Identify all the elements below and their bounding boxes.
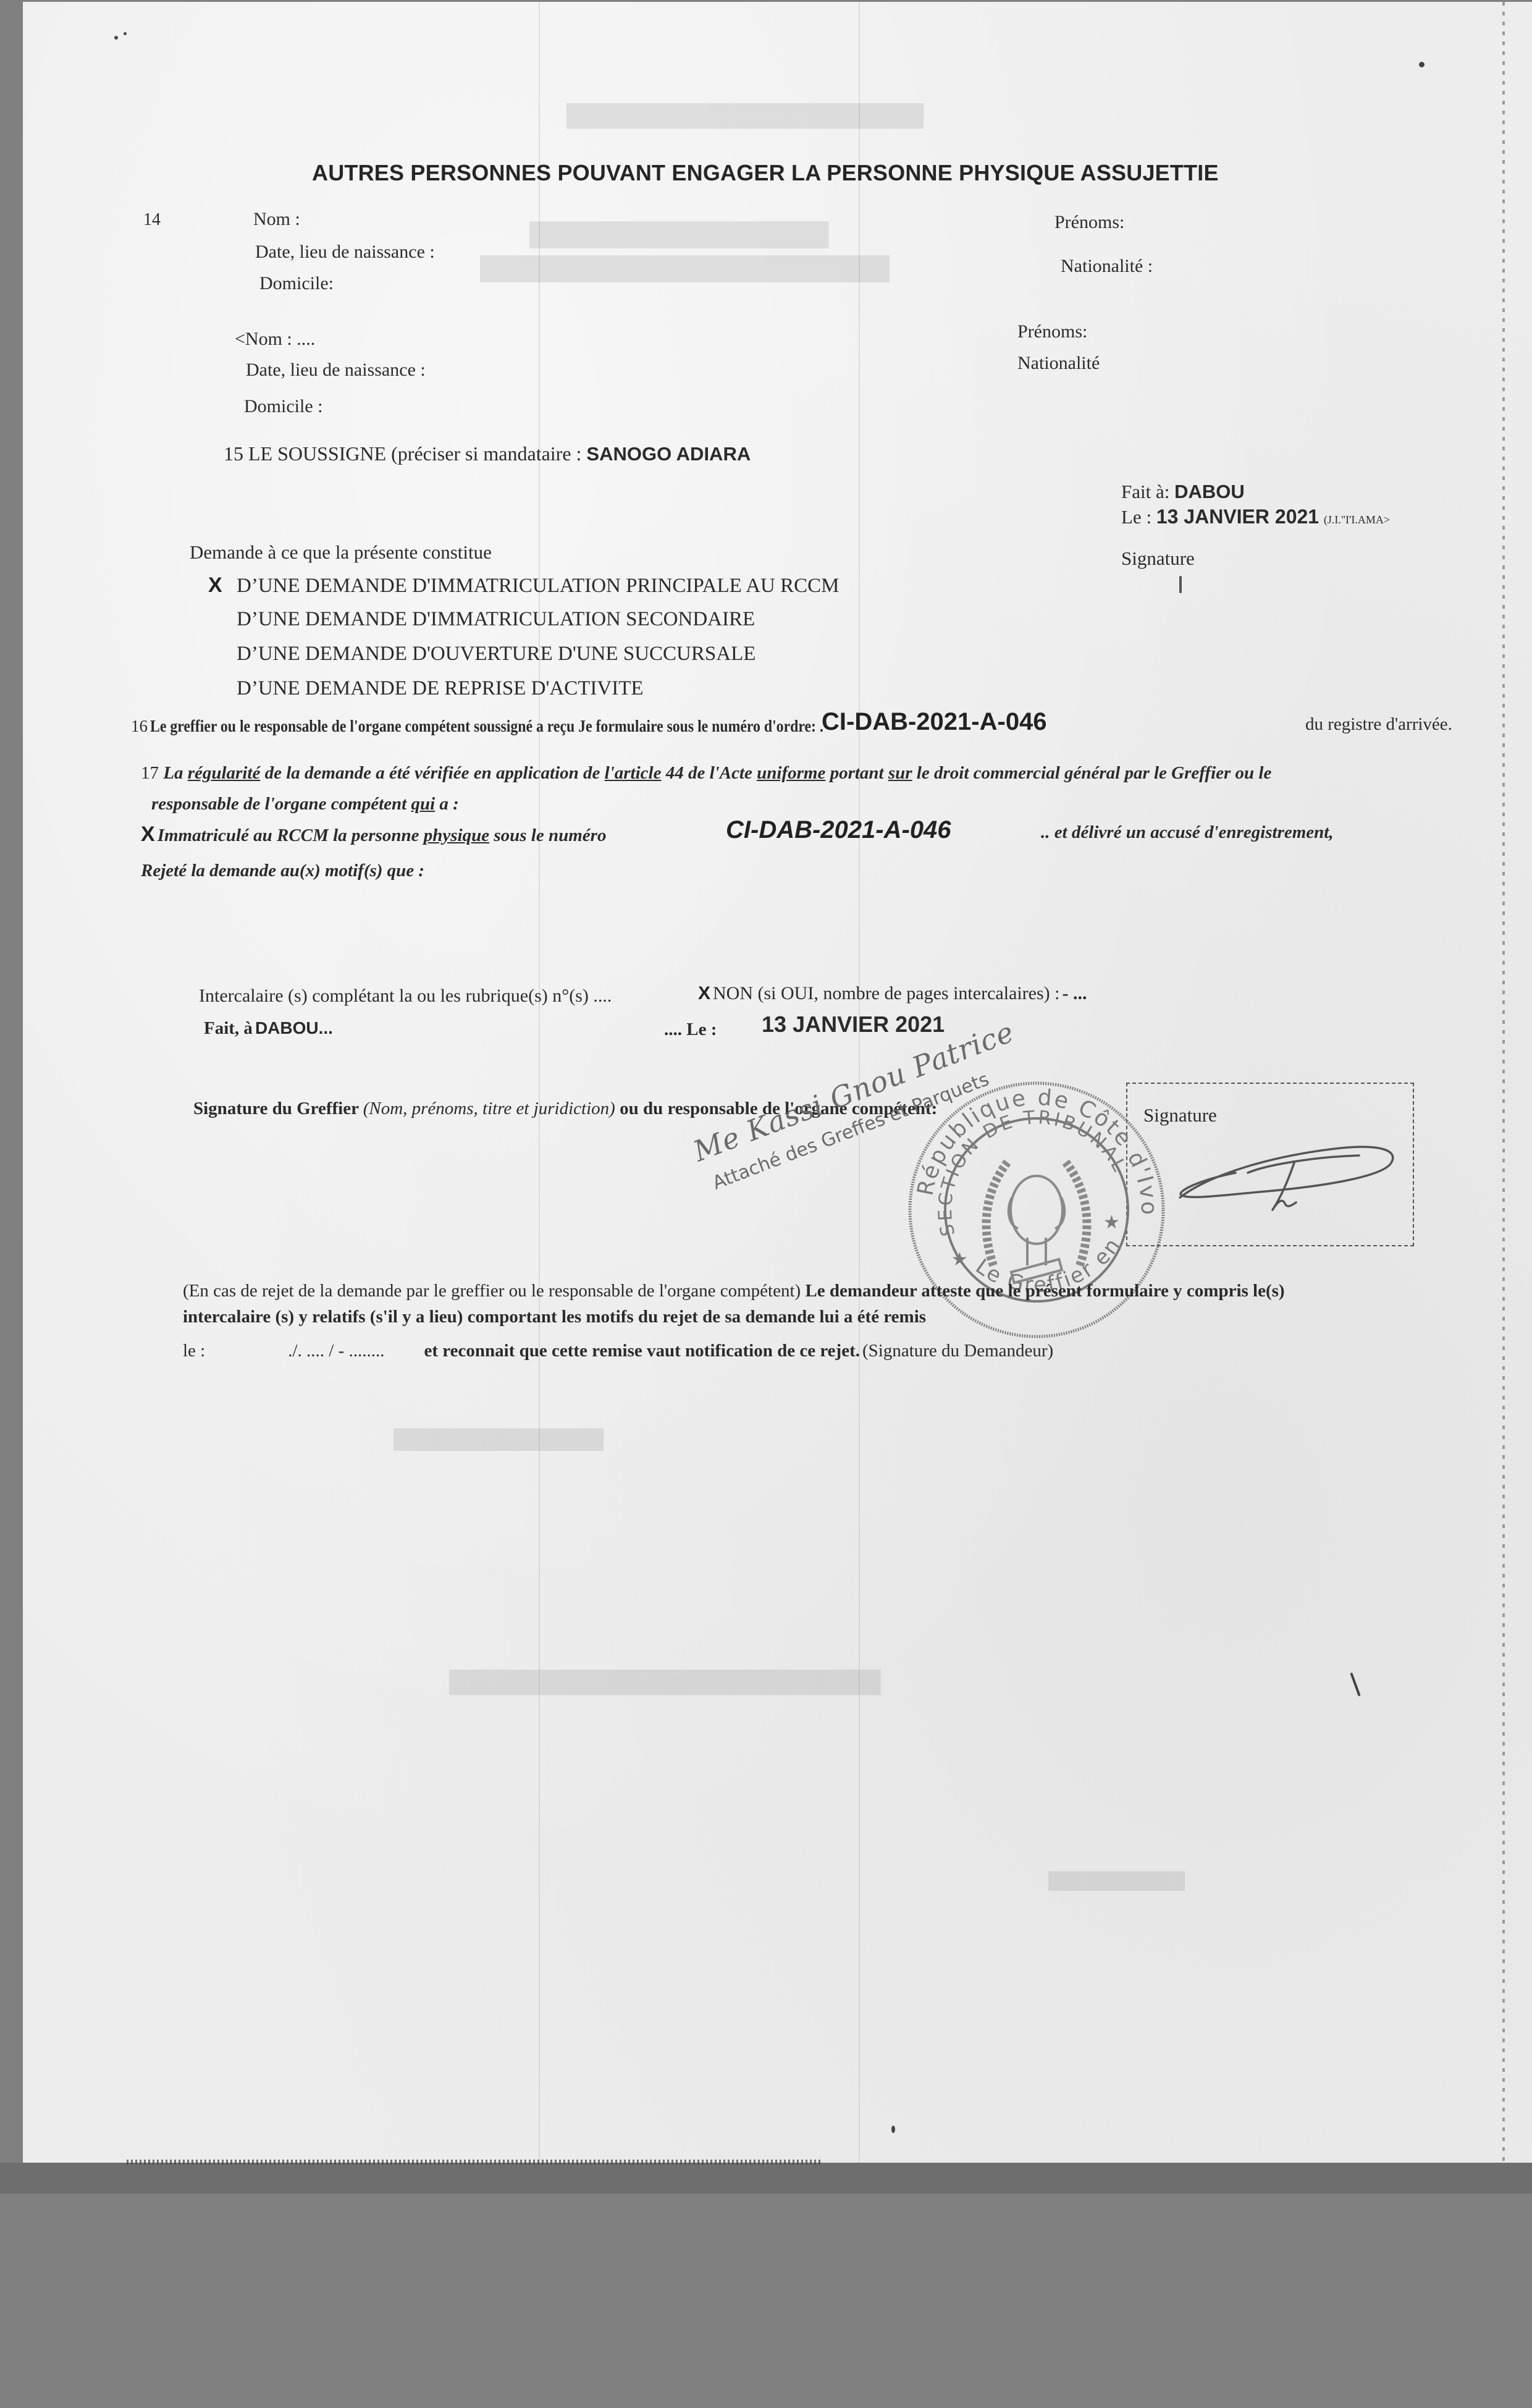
immatricule-text-after: sous le numéro xyxy=(489,826,606,845)
le-label: Le : xyxy=(1121,506,1151,528)
registre-arrivee-label: du registre d'arrivée. xyxy=(1305,716,1452,733)
person1-naissance-label: Date, lieu de naissance : xyxy=(255,243,435,261)
court-seal-stamp-icon: République de Côte d'Ivoire SECTION DE T… xyxy=(907,1080,1166,1340)
bleed-through-text: ████████████████ xyxy=(394,1429,604,1450)
demande-option[interactable]: D’UNE DEMANDE DE REPRISE D'ACTIVITE xyxy=(208,678,644,699)
fait-value: DABOU... xyxy=(255,1018,333,1037)
page-title: AUTRES PERSONNES POUVANT ENGAGER LA PERS… xyxy=(312,162,1219,184)
signature-mark xyxy=(1179,576,1182,593)
section17-line2-text: responsable de l'organe compétent qui a … xyxy=(151,795,459,813)
fait-a-label: Fait à: xyxy=(1121,481,1169,502)
fait-label: Fait, à xyxy=(204,1018,253,1038)
rejet-signature-demandeur: (Signature du Demandeur) xyxy=(862,1341,1053,1361)
immatricule-line: X Immatriculé au RCCM la personne physiq… xyxy=(141,824,606,845)
bleed-through-text: ████████████████████████ xyxy=(566,104,924,128)
person2-nationalite-label: Nationalité xyxy=(1017,354,1100,373)
section17-text-part: sur xyxy=(888,763,912,783)
soussigne-line: 15 LE SOUSSIGNE (préciser si mandataire … xyxy=(224,444,751,463)
section17-line1: 17 La régularité de la demande a été vér… xyxy=(141,764,1271,782)
bleed-through-text: ████████████ xyxy=(1048,1871,1185,1890)
le-date-value: 13 JANVIER 2021 xyxy=(1156,505,1319,528)
demande-option-label: D’UNE DEMANDE DE REPRISE D'ACTIVITE xyxy=(237,677,644,699)
seal-star-icon: ★ xyxy=(951,1249,968,1270)
greffier-signature-label-bold: Signature du Greffier xyxy=(193,1099,363,1118)
section16-text: Le greffier ou le responsable de l'organ… xyxy=(150,718,823,735)
bleed-through-text: █████████████████████████████ xyxy=(449,1670,881,1694)
section17-line1-text: La régularité de la demande a été vérifi… xyxy=(163,763,1271,783)
immatricule-text-underlined: physique xyxy=(424,826,489,845)
intercalaire-non-line: X NON (si OUI, nombre de pages intercala… xyxy=(698,984,1087,1003)
rejet-line3: le : ./. .... / - ........ et reconnait … xyxy=(183,1342,1053,1360)
section17-text-part: l'article xyxy=(605,763,662,783)
demande-option[interactable]: D’UNE DEMANDE D'IMMATRICULATION SECONDAI… xyxy=(208,609,755,630)
fold-line xyxy=(539,2,540,2163)
demande-option[interactable]: XD’UNE DEMANDE D'IMMATRICULATION PRINCIP… xyxy=(208,575,840,596)
intercalaire-pages-value: - ... xyxy=(1063,983,1087,1003)
rejet-line1-normal: (En cas de rejet de la demande par le gr… xyxy=(183,1281,805,1301)
soussigne-value: SANOGO ADIARA xyxy=(586,443,751,465)
section17-text-part: portant xyxy=(825,763,888,783)
intercalaire-label: Intercalaire (s) complétant la ou les ru… xyxy=(199,987,612,1005)
section17-text-part: responsable de l'organe compétent xyxy=(151,794,411,814)
section17-text-part: régularité xyxy=(188,763,261,783)
fait-line: Fait, à DABOU... xyxy=(204,1020,333,1037)
rejete-label: Rejeté la demande au(x) motif(s) que : xyxy=(141,862,424,880)
handwritten-signature-icon xyxy=(1174,1125,1408,1223)
person2-naissance-label: Date, lieu de naissance : xyxy=(246,361,426,379)
fait-a-line: Fait à: DABOU xyxy=(1121,482,1245,501)
scan-speck xyxy=(114,36,118,40)
section-number-14: 14 xyxy=(143,211,161,229)
person1-nom-label: Nom : xyxy=(253,210,300,229)
scanner-shadow-band xyxy=(0,2163,1532,2194)
soussigne-signature-label: Signature xyxy=(1121,549,1195,568)
scan-speck xyxy=(1419,62,1425,67)
numero-ordre-value: CI-DAB-2021-A-046 xyxy=(822,709,1047,734)
demande-option-label: D’UNE DEMANDE D'IMMATRICULATION PRINCIPA… xyxy=(237,575,840,597)
rejet-line2: intercalaire (s) y relatifs (s'il y a li… xyxy=(183,1308,926,1326)
rejet-line1-bold: Le demandeur atteste que le présent form… xyxy=(805,1281,1284,1301)
person2-domicile-label: Domicile : xyxy=(244,397,322,416)
section17-text-part: qui xyxy=(411,794,435,814)
le-date-line: Le : 13 JANVIER 2021 (J.I."I'I.AMA> xyxy=(1121,507,1390,526)
rejet-notification-text: et reconnait que cette remise vaut notif… xyxy=(424,1341,860,1361)
person2-nom-label: <Nom : .... xyxy=(235,330,315,349)
section16-line: 16 Le greffier ou le responsable de l'or… xyxy=(131,718,915,735)
seal-star-icon: ★ xyxy=(1103,1212,1120,1233)
greffier-signature-label-italic: (Nom, prénoms, titre et juridiction) xyxy=(363,1099,615,1118)
demande-intro: Demande à ce que la présente constitue xyxy=(190,543,492,562)
section-number-15: 15 xyxy=(224,442,243,465)
person1-prenoms-label: Prénoms: xyxy=(1054,213,1124,232)
section17-text-part: a : xyxy=(435,794,459,814)
fait-a-value: DABOU xyxy=(1174,481,1245,502)
accuse-enregistrement-text: .. et délivré un accusé d'enregistrement… xyxy=(1041,824,1334,842)
section17-text-part: de la demande a été vérifiée en applicat… xyxy=(260,763,604,783)
rejet-line1: (En cas de rejet de la demande par le gr… xyxy=(183,1282,1285,1300)
rejet-le-label: le : xyxy=(183,1341,205,1361)
immatricule-checkbox-mark[interactable]: X xyxy=(141,822,155,846)
perforation-edge xyxy=(1502,2,1505,2163)
person1-domicile-label: Domicile: xyxy=(259,274,334,293)
demande-option-checkbox-mark[interactable]: X xyxy=(208,575,237,596)
scan-edge-noise xyxy=(127,2160,822,2165)
intercalaire-non-checkbox-mark[interactable]: X xyxy=(698,983,710,1003)
demande-option-label: D’UNE DEMANDE D'OUVERTURE D'UNE SUCCURSA… xyxy=(237,643,755,665)
le-date-suffix: (J.I."I'I.AMA> xyxy=(1324,513,1390,526)
bleed-through-text: ██████████████████████████ xyxy=(480,255,890,281)
scan-speck xyxy=(891,2126,895,2133)
section17-text-part: La xyxy=(163,763,187,783)
soussigne-label: LE SOUSSIGNE (préciser si mandataire : xyxy=(248,442,581,465)
section-number-17: 17 xyxy=(141,763,159,783)
demande-option-label: D’UNE DEMANDE D'IMMATRICULATION SECONDAI… xyxy=(237,608,755,630)
immatricule-numero-value: CI-DAB-2021-A-046 xyxy=(726,817,951,842)
bleed-through-text: ███████████████████ xyxy=(529,221,829,247)
section17-text-part: le droit commercial général par le Greff… xyxy=(912,763,1272,783)
section-number-16: 16 xyxy=(131,717,148,735)
immatricule-text-before: Immatriculé au RCCM la personne xyxy=(158,826,424,845)
fait-le-label: .... Le : xyxy=(664,1021,717,1039)
person2-prenoms-label: Prénoms: xyxy=(1017,323,1087,341)
section17-text-part: 44 de l'Acte xyxy=(661,763,757,783)
person1-nationalite-label: Nationalité : xyxy=(1061,257,1153,276)
demande-option[interactable]: D’UNE DEMANDE D'OUVERTURE D'UNE SUCCURSA… xyxy=(208,644,755,664)
fait-le-value: 13 JANVIER 2021 xyxy=(762,1013,945,1036)
rejet-date-placeholder[interactable]: ./. .... / - ........ xyxy=(288,1341,384,1361)
section17-text-part: uniforme xyxy=(757,763,825,783)
intercalaire-non-label: NON (si OUI, nombre de pages intercalair… xyxy=(713,983,1059,1003)
scan-speck xyxy=(124,32,127,35)
